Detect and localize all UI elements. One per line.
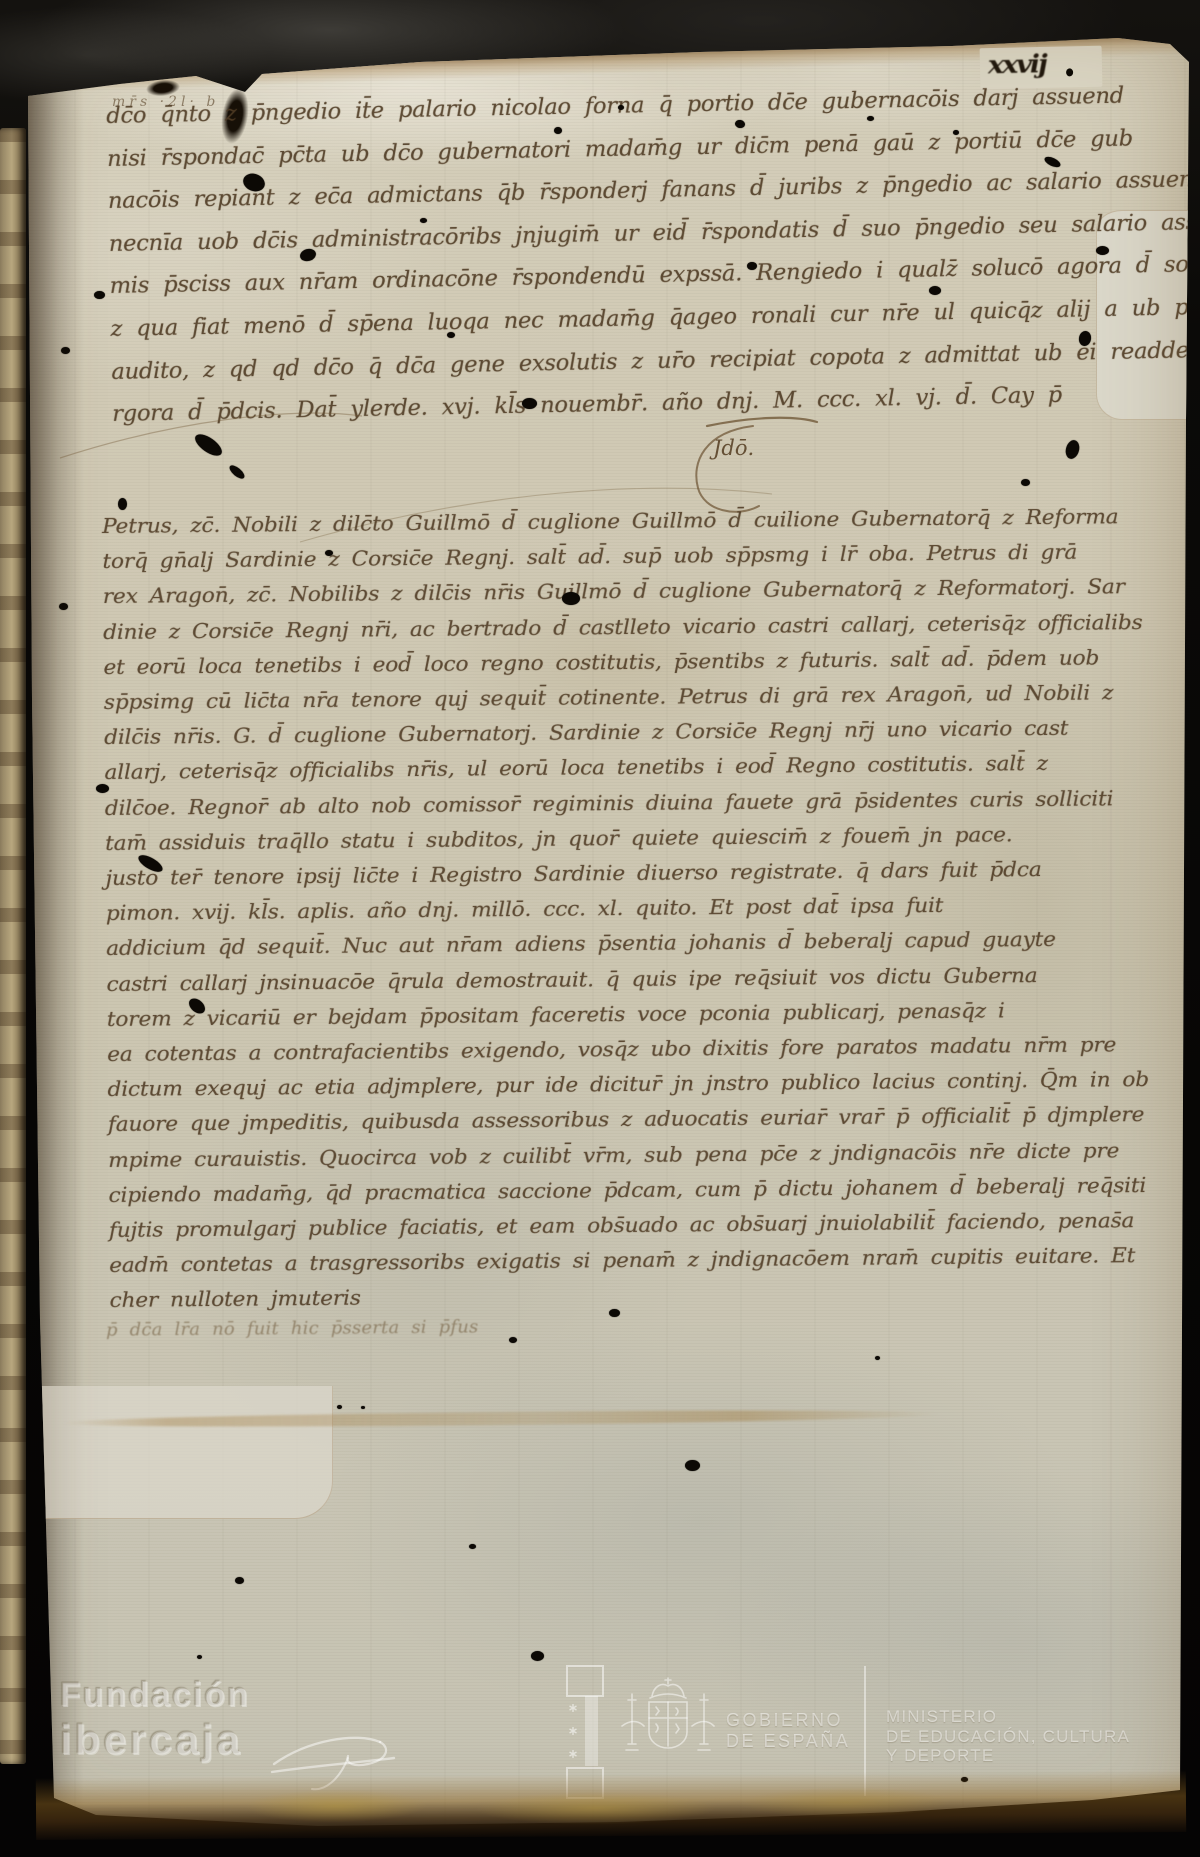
- ink-blot: [1043, 155, 1062, 169]
- manuscript-line: cipiendo madam̄g, q̄d pracmatica saccion…: [108, 1173, 1146, 1207]
- ink-blot: [509, 1337, 517, 1343]
- text-block-first-letter: dc̄o q̄nto z p̄ngedio it̄e palario nicol…: [106, 84, 1113, 454]
- folio-number-slip: xxvij: [980, 46, 1103, 90]
- ink-blot: [685, 1460, 700, 1471]
- ink-dot: [1066, 68, 1073, 76]
- ink-blot: [618, 105, 624, 110]
- registrar-note: p̄ dc̄a lr̄a nō fuit hic p̄sserta si p̄f…: [106, 1316, 479, 1340]
- manuscript-line: pimon. xvij. kl̄s. aplis. año dnj. millō…: [106, 893, 944, 925]
- ink-blot: [562, 592, 580, 605]
- repair-patch-right: [1096, 210, 1189, 420]
- manuscript-page: xxvij mr̄s ·2l· b dc̄o q̄nto z p̄ngedio …: [0, 0, 1200, 1857]
- ink-blot: [609, 1309, 620, 1317]
- stain-band: [60, 1407, 940, 1429]
- manuscript-line: dc̄o q̄nto z p̄ngedio it̄e palario nicol…: [106, 84, 1124, 129]
- ink-blot: [235, 1577, 244, 1584]
- ink-blot: [192, 430, 225, 459]
- manuscript-line: mpime curauistis. Quocirca vob z cuilibt…: [108, 1138, 1119, 1172]
- manuscript-line: mis p̄sciss aux nr̄am ordinacōne r̄spond…: [109, 252, 1200, 300]
- manuscript-line: torem z vicariū er bejdam p̄positam face…: [107, 998, 1005, 1031]
- ministerio-watermark: MINISTERIO DE EDUCACIÓN, CULTURA Y DEPOR…: [886, 1707, 1130, 1766]
- manuscript-line: nisi r̄spondac̄ pc̄ta ub dc̄o gubernator…: [107, 126, 1133, 172]
- ink-blot: [531, 1651, 544, 1661]
- manuscript-line: castri callarj jnsinuacōe q̄rula demostr…: [106, 963, 1037, 996]
- ink-blot: [299, 247, 318, 263]
- repair-patch-bottom-left: [30, 1386, 333, 1519]
- ministerio-line1: MINISTERIO: [886, 1707, 1130, 1727]
- ink-blot: [747, 262, 757, 270]
- gobierno-watermark: GOBIERNO DE ESPAÑA: [726, 1710, 850, 1752]
- ink-blot: [325, 550, 333, 556]
- ink-blot: [61, 347, 70, 354]
- signature-text: Jdō.: [713, 436, 754, 460]
- ink-blot: [1064, 439, 1081, 461]
- manuscript-line: addicium q̄d sequit̄. Nuc aut nr̄am adie…: [106, 927, 1056, 960]
- ibercaja-watermark: Fundación ibercaja: [60, 1676, 250, 1764]
- ink-blot: [96, 784, 109, 793]
- ink-blot: [186, 996, 208, 1017]
- ink-blot: [94, 291, 105, 299]
- ink-blot: [875, 1356, 880, 1360]
- ink-blot: [136, 852, 165, 875]
- burnt-bottom-edge: [36, 1770, 1186, 1840]
- ink-blot: [59, 603, 68, 610]
- manuscript-line: dilc̄oe. Regnor̄ ab alto nob comissor̄ r…: [105, 786, 1114, 820]
- ministerio-line2: DE EDUCACIÓN, CULTURA: [886, 1727, 1130, 1747]
- ink-blot: [197, 1655, 202, 1659]
- ink-blot: [469, 1544, 476, 1549]
- gobierno-line1: GOBIERNO: [726, 1710, 850, 1731]
- manuscript-line: nacōis repiant z ec̄a admictans q̄b r̄sp…: [108, 167, 1200, 214]
- manuscript-line: allarj, ceterisq̄z officialibs nr̄is, ul…: [104, 751, 1048, 784]
- manuscript-line: torq̄ gn̄alj Sardinie z Corsic̄e Regnj. …: [102, 540, 1077, 573]
- text-block-second-letter: Petrus, zc̄. Nobili z dilc̄to Guillmō d̄…: [102, 504, 1120, 1344]
- manuscript-photo: xxvij mr̄s ·2l· b dc̄o q̄nto z p̄ngedio …: [0, 0, 1200, 1857]
- gobierno-line2: DE ESPAÑA: [726, 1731, 850, 1752]
- folio-number: xxvij: [988, 50, 1047, 80]
- signature-flourish: [655, 410, 835, 540]
- manuscript-line: sp̄psimg cū lic̄ta nr̄a tenore quj sequi…: [104, 680, 1114, 714]
- tear-mark: [145, 78, 180, 97]
- ink-blot: [420, 218, 427, 223]
- ink-blot: [361, 1406, 365, 1409]
- ink-blot: [241, 171, 267, 194]
- manuscript-line: fauore que jmpeditis, quibusda assessori…: [108, 1102, 1145, 1136]
- ink-blot: [1021, 479, 1030, 486]
- manuscript-line: z qua fiat menō d̄ sp̄ena luoqa nec mada…: [110, 294, 1200, 342]
- ink-blot: [867, 116, 874, 121]
- manuscript-line: Petrus, zc̄. Nobili z dilc̄to Guillmō d̄…: [102, 504, 1119, 538]
- manuscript-line: necnīa uob dc̄is administracōribs jnjugi…: [109, 209, 1200, 257]
- ink-blot: [447, 332, 455, 338]
- manuscript-line: dinie z Corsic̄e Regnj nr̄i, ac bertrado…: [103, 610, 1143, 644]
- faint-pen-lines: [50, 392, 790, 582]
- tear-mark: [218, 86, 252, 145]
- chancery-signature-mark: Jdō.: [655, 410, 835, 540]
- manuscript-line: et eorū loca tenetibs i eod̄ loco regno …: [103, 645, 1099, 679]
- ink-blot: [953, 130, 959, 135]
- ink-blot: [554, 127, 562, 134]
- ink-blot: [929, 286, 941, 295]
- ink-blot: [337, 1405, 342, 1409]
- binding-gutter-shadow: [26, 60, 84, 1830]
- manuscript-line: rgora d̄ p̄dcis. Dat̄ ylerde. xvj. kl̄s …: [112, 383, 1062, 427]
- ministerio-line3: Y DEPORTE: [886, 1746, 1130, 1766]
- manuscript-line: rex Aragon̄, zc̄. Nobilibs z dilc̄is nr̄…: [103, 575, 1125, 609]
- ink-blot: [1096, 246, 1109, 255]
- manuscript-line: dilc̄is nr̄is. G. d̄ cuglione Gubernator…: [104, 716, 1068, 749]
- manuscript-line: tam̄ assiduis traq̄llo statu i subditos,…: [105, 822, 1012, 855]
- ink-blot: [228, 463, 247, 481]
- ink-blot: [522, 398, 537, 409]
- previous-folio-edge: [0, 128, 26, 1764]
- ibercaja-line2: ibercaja: [60, 1716, 250, 1764]
- ink-blot: [118, 498, 127, 510]
- ink-blot: [734, 119, 745, 129]
- manuscript-line: audito, z qd qd dc̄o q̄ dc̄a gene exsolu…: [111, 337, 1200, 385]
- ibercaja-line1: Fundación: [60, 1676, 250, 1715]
- manuscript-line: cher nulloten jmuteris: [109, 1286, 360, 1312]
- ink-blot: [1078, 330, 1092, 347]
- burnt-top-edge: [22, 15, 1188, 94]
- spain-coat-of-arms-icon: [616, 1674, 720, 1780]
- manuscript-line: eadm̄ contetas a trasgressoribs exigatis…: [109, 1243, 1135, 1277]
- manuscript-line: justo ter̄ tenore ipsij lic̄te i Registr…: [105, 857, 1041, 890]
- manuscript-line: fujtis promulgarj publice faciatis, et e…: [109, 1208, 1135, 1242]
- manuscript-line: dictum exequj ac etia adjmplere, pur ide…: [107, 1067, 1149, 1101]
- manuscript-line: ea cotentas a contrafacientibs exigendo,…: [107, 1032, 1116, 1066]
- marginal-fragment: mr̄s ·2l· b: [112, 94, 219, 110]
